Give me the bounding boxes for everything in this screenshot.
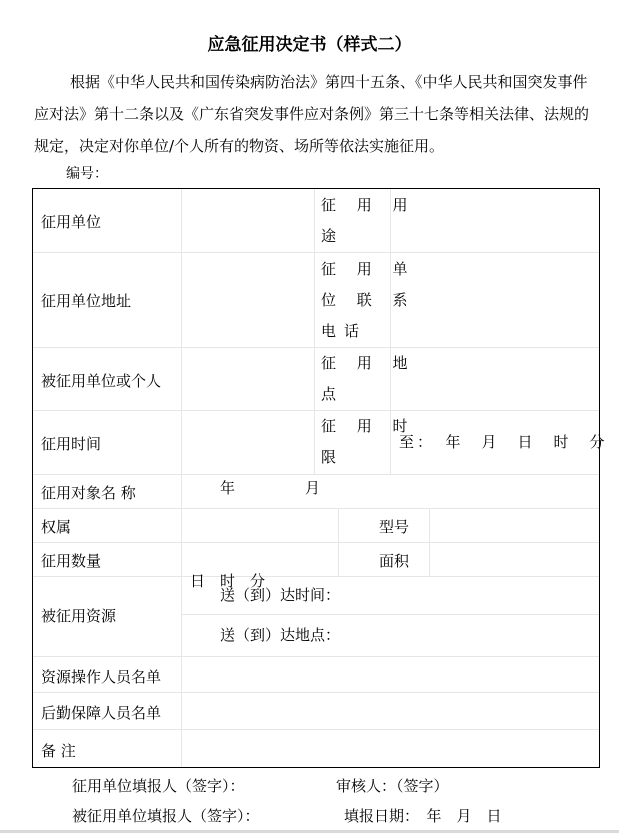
requisitioned-party-field[interactable] [182, 348, 314, 410]
label-ownership: 权属 [41, 516, 71, 537]
label-remarks: 备 注 [41, 740, 76, 761]
label-quantity: 征用数量 [41, 550, 101, 571]
quantity-field[interactable] [182, 543, 338, 576]
unit-address-field[interactable] [182, 253, 314, 347]
logistics-field[interactable] [182, 693, 599, 729]
object-name-field[interactable] [182, 475, 599, 508]
intro-paragraph: 根据《中华人民共和国传染病防治法》第四十五条、《中华人民共和国突发事件应对法》第… [34, 66, 600, 162]
requisition-table: 征用单位 征 用 用 途 征用单位地址 征 用 单 位 联 系 电话 被征用单位… [32, 188, 600, 768]
duration-field[interactable]: 至： 年 月 日 时 分 [391, 411, 599, 474]
document-title: 应急征用决定书（样式二） [0, 30, 619, 55]
label-object-name: 征用对象名 称 [41, 482, 136, 503]
label-operators: 资源操作人员名单 [41, 666, 161, 687]
requisition-unit-field[interactable] [182, 189, 314, 252]
fill-date: 填报日期： 年 月 日 [344, 805, 502, 826]
time-field[interactable]: 年 月 日 时 分 [182, 411, 314, 474]
contact-phone-field[interactable] [391, 253, 599, 347]
col-divider [314, 189, 315, 474]
serial-number-label: 编号： [66, 163, 108, 183]
label-requisitioned-party: 被征用单位或个人 [41, 370, 161, 391]
reviewer-signature: 审核人：（签字） [336, 775, 449, 796]
requisitioned-filler-signature: 被征用单位填报人（签字）： [72, 805, 260, 826]
label-area: 面积 [339, 550, 429, 571]
ownership-field[interactable] [182, 509, 338, 542]
model-field[interactable] [430, 509, 599, 542]
label-resource: 被征用资源 [41, 605, 116, 626]
operators-field[interactable] [182, 657, 599, 692]
label-logistics: 后勤保障人员名单 [41, 702, 161, 723]
area-field[interactable] [430, 543, 599, 576]
delivery-time-field[interactable]: 送（到）达时间： [182, 577, 599, 614]
remarks-field[interactable] [182, 730, 599, 767]
label-time: 征用时间 [41, 433, 101, 454]
purpose-field[interactable] [391, 189, 599, 252]
label-model: 型号 [339, 516, 429, 537]
label-requisition-unit: 征用单位 [41, 211, 101, 232]
intro-text: 根据《中华人民共和国传染病防治法》第四十五条、《中华人民共和国突发事件应对法》第… [34, 73, 589, 155]
delivery-place-field[interactable]: 送（到）达地点： [182, 615, 599, 656]
label-unit-address: 征用单位地址 [41, 290, 131, 311]
requisition-filler-signature: 征用单位填报人（签字）： [72, 775, 245, 796]
location-field[interactable] [391, 348, 599, 410]
